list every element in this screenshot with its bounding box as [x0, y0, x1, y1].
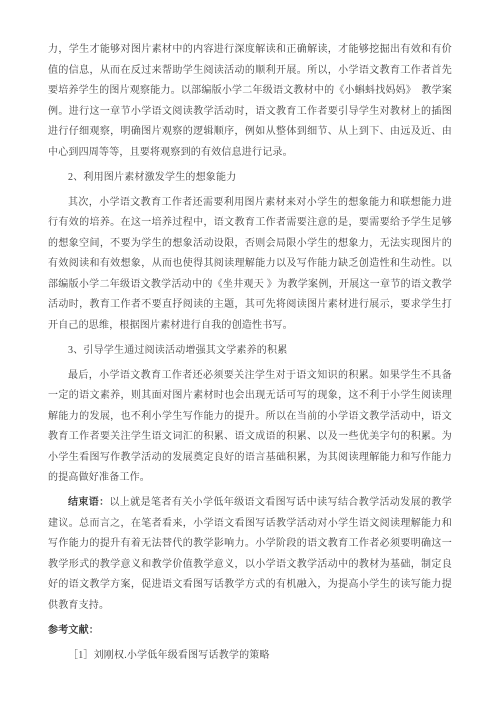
paragraph-observation-continuation: 力，学生才能够对图片素材中的内容进行深度解读和正确解读，才能够挖掘出有效和有价值…	[48, 40, 452, 163]
paragraph-literacy-accumulation: 最后，小学语文教育工作者还必须要关注学生对于语文知识的积累。如果学生不具备一定的…	[48, 366, 452, 489]
section-heading-literacy-accumulation: 3、引导学生通过阅读活动增强其文学素养的积累	[48, 341, 452, 362]
conclusion-text: 以上就是笔者有关小学低年级语文看图写话中读写结合教学活动发展的教学建议。总而言之…	[48, 497, 452, 611]
conclusion-label: 结束语：	[68, 497, 110, 508]
paragraph-imagination: 其次，小学语文教育工作者还需要利用图片素材来对小学生的想象能力和联想能力进行有效…	[48, 193, 452, 337]
document-page: 力，学生才能够对图片素材中的内容进行深度解读和正确解读，才能够挖掘出有效和有价值…	[0, 0, 500, 707]
reference-entry-1: ［1］刘刚权.小学低年级看图写话教学的策略	[48, 646, 452, 667]
paragraph-conclusion: 结束语：以上就是笔者有关小学低年级语文看图写话中读写结合教学活动发展的教学建议。…	[48, 493, 452, 616]
references-heading: 参考文献：	[48, 621, 452, 642]
section-heading-imagination: 2、利用图片素材激发学生的想象能力	[48, 168, 452, 189]
